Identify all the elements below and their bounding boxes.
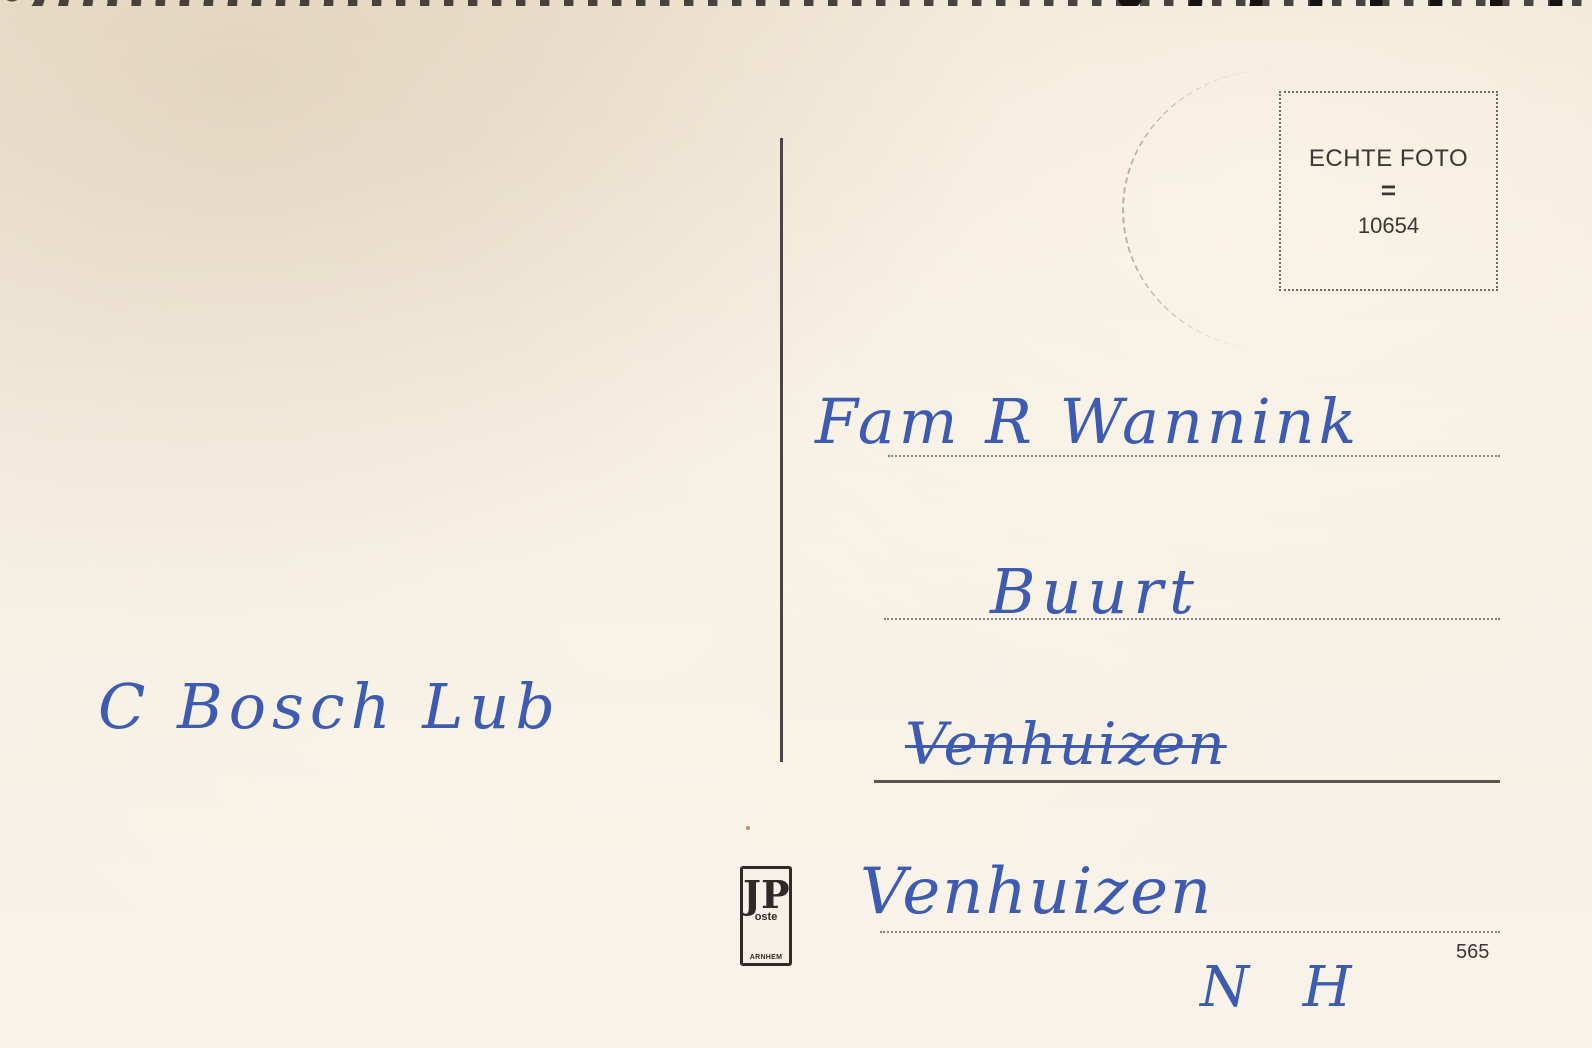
address-line-4 [880, 931, 1500, 933]
address-struck-town: Venhuizen [905, 710, 1227, 778]
paper-fleck [746, 826, 750, 830]
logo-name: oste [743, 911, 789, 923]
stamp-box-equals: = [1281, 175, 1496, 206]
address-recipient: Fam R Wannink [815, 385, 1360, 458]
stamp-box-label: ECHTE FOTO [1281, 145, 1496, 173]
logo-city: ARNHEM [743, 954, 789, 961]
serial-number: 565 [1456, 941, 1489, 964]
address-line-3 [874, 780, 1500, 783]
center-divider [780, 138, 783, 762]
address-province: N H [1200, 955, 1370, 1020]
stamp-box-number: 10654 [1281, 213, 1496, 239]
address-town: Venhuizen [860, 855, 1213, 929]
sender-note: C Bosch Lub [98, 670, 561, 743]
publisher-logo: JP oste ARNHEM [740, 866, 792, 966]
address-street: Buurt [990, 555, 1200, 628]
stamp-box: ECHTE FOTO = 10654 [1279, 91, 1498, 291]
logo-monogram: JP [743, 875, 789, 915]
postcard-back: ECHTE FOTO = 10654 Fam R Wannink Buurt V… [0, 0, 1592, 1048]
scalloped-edge-dark [1100, 0, 1592, 6]
